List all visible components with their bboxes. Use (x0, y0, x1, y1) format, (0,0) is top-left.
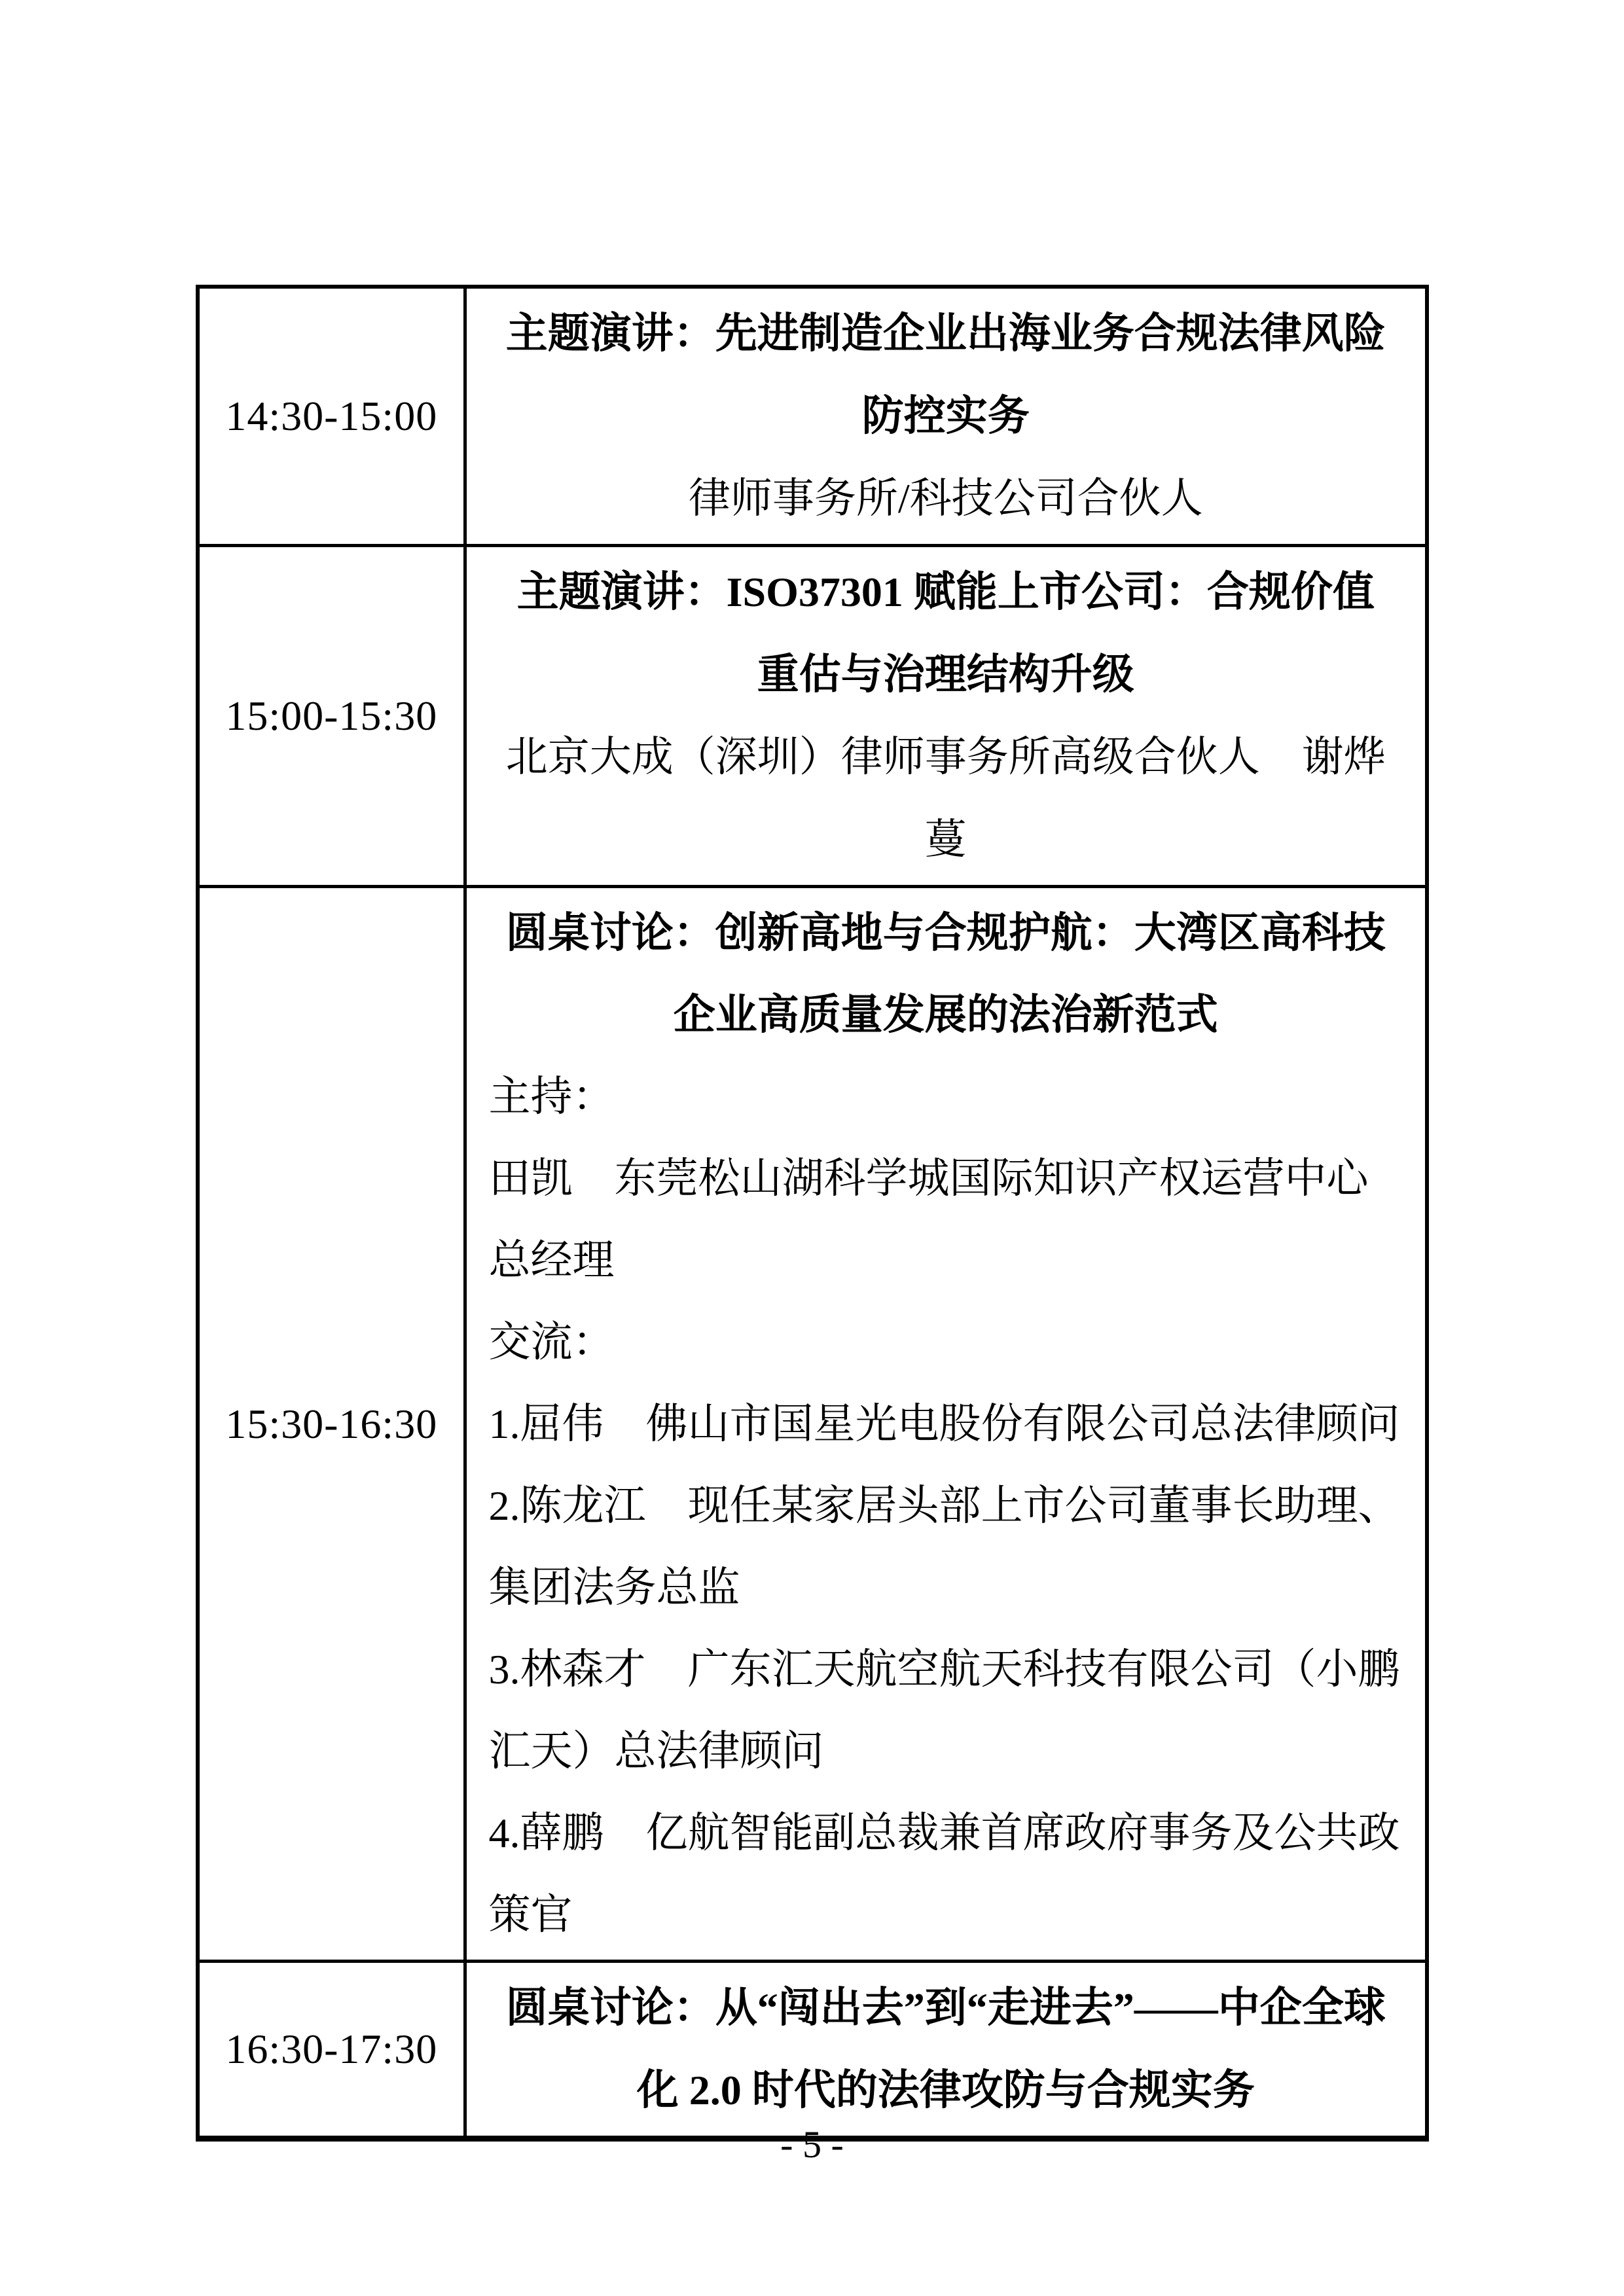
time-slot: 16:30-17:30 (198, 1962, 465, 2139)
agenda-row-1: 14:30-15:00 主题演讲：先进制造企业出海业务合规法律风险 防控实务 律… (198, 287, 1427, 546)
session-panelist-line: 汇天）总法律顾问 (489, 1710, 1403, 1792)
time-slot: 14:30-15:00 (198, 287, 465, 546)
agenda-row-3: 15:30-16:30 圆桌讨论：创新高地与合规护航：大湾区高科技 企业高质量发… (198, 887, 1427, 1962)
session-cell: 主题演讲：先进制造企业出海业务合规法律风险 防控实务 律师事务所/科技公司合伙人 (465, 287, 1427, 546)
agenda-row-2: 15:00-15:30 主题演讲：ISO37301 赋能上市公司：合规价值 重估… (198, 546, 1427, 887)
session-host-line: 总经理 (489, 1219, 1403, 1301)
session-panelist-line: 2.陈龙江 现任某家居头部上市公司董事长助理、 (489, 1465, 1403, 1547)
session-panelist-line: 3.林森才 广东汇天航空航天科技有限公司（小鹏 (489, 1628, 1403, 1710)
session-panelist-line: 1.屈伟 佛山市国星光电股份有限公司总法律顾问 (489, 1383, 1403, 1465)
session-title-line: 重估与治理结构升级 (489, 634, 1403, 716)
session-title-line: 主题演讲：先进制造企业出海业务合规法律风险 (489, 293, 1403, 375)
document-page: 14:30-15:00 主题演讲：先进制造企业出海业务合规法律风险 防控实务 律… (0, 0, 1624, 2296)
agenda-table: 14:30-15:00 主题演讲：先进制造企业出海业务合规法律风险 防控实务 律… (196, 285, 1429, 2142)
agenda-row-4: 16:30-17:30 圆桌讨论：从“闯出去”到“走进去”——中企全球 化 2.… (198, 1962, 1427, 2139)
session-title-line: 化 2.0 时代的法律攻防与合规实务 (489, 2049, 1403, 2132)
session-title-line: 企业高质量发展的法治新范式 (489, 974, 1403, 1056)
session-cell: 圆桌讨论：从“闯出去”到“走进去”——中企全球 化 2.0 时代的法律攻防与合规… (465, 1962, 1427, 2139)
session-speaker-line: 北京大成（深圳）律师事务所高级合伙人 谢烨蔓 (489, 716, 1403, 881)
page-number: - 5 - (0, 2122, 1624, 2168)
session-speaker-line: 律师事务所/科技公司合伙人 (489, 457, 1403, 540)
session-host-label: 主持： (489, 1056, 1403, 1138)
session-title-line: 圆桌讨论：从“闯出去”到“走进去”——中企全球 (489, 1967, 1403, 2049)
session-cell: 主题演讲：ISO37301 赋能上市公司：合规价值 重估与治理结构升级 北京大成… (465, 546, 1427, 887)
time-slot: 15:00-15:30 (198, 546, 465, 887)
session-panelist-line: 集团法务总监 (489, 1547, 1403, 1628)
session-host-line: 田凯 东莞松山湖科学城国际知识产权运营中心 (489, 1138, 1403, 1219)
session-title-line: 防控实务 (489, 375, 1403, 457)
session-panelist-line: 4.薛鹏 亿航智能副总裁兼首席政府事务及公共政 (489, 1792, 1403, 1874)
session-title-line: 圆桌讨论：创新高地与合规护航：大湾区高科技 (489, 892, 1403, 974)
session-panel-label: 交流： (489, 1301, 1403, 1383)
session-title-line: 主题演讲：ISO37301 赋能上市公司：合规价值 (489, 551, 1403, 634)
session-cell: 圆桌讨论：创新高地与合规护航：大湾区高科技 企业高质量发展的法治新范式 主持： … (465, 887, 1427, 1962)
session-panelist-line: 策官 (489, 1874, 1403, 1956)
time-slot: 15:30-16:30 (198, 887, 465, 1962)
